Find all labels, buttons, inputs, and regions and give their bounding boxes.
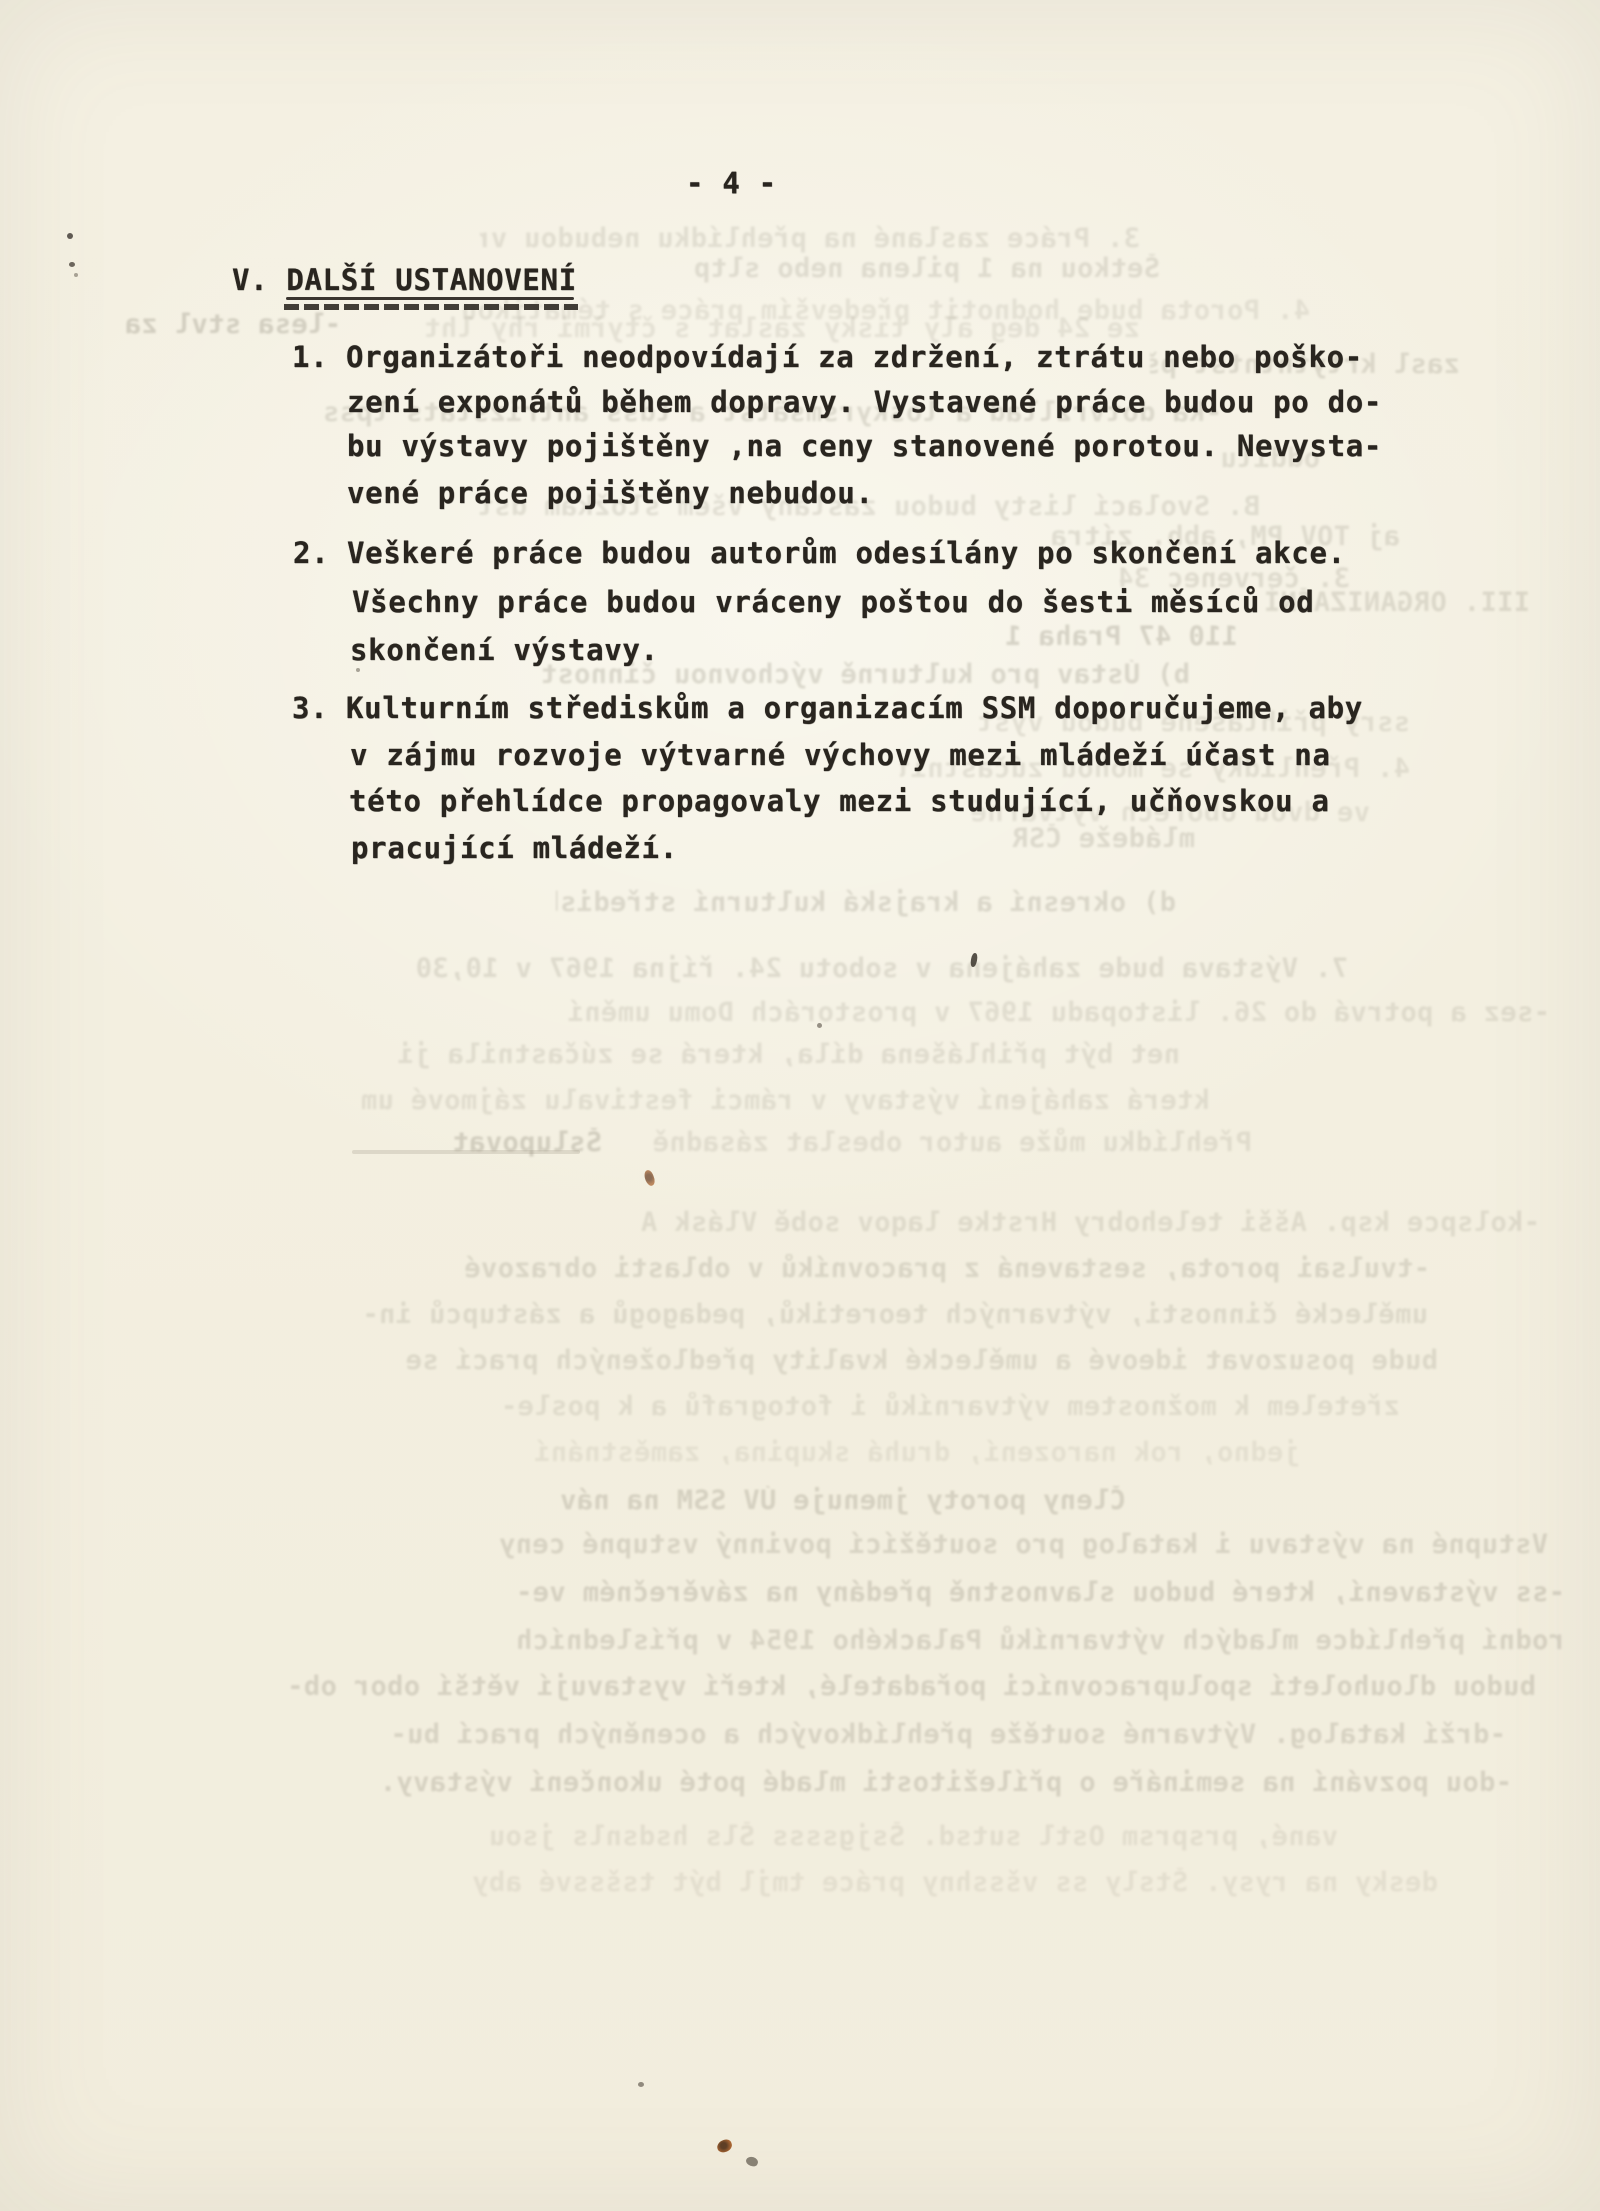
list-number: 2. <box>293 536 347 570</box>
ink-speck <box>69 262 75 267</box>
list-number: 1. <box>292 340 346 374</box>
ghost-text-line: Šslupovat <box>352 1128 602 1162</box>
paragraph-2-line: 2.Veškeré práce budou autorům odesílány … <box>293 536 1346 570</box>
paragraph-1-line: 1.Organizátoři neodpovídají za zdržení, … <box>292 340 1363 374</box>
ghost-text-line: -lesa stvl za <box>126 310 341 344</box>
page-number: - 4 - <box>686 166 777 200</box>
section-heading: V.DALŠÍ USTANOVENÍ <box>232 263 577 297</box>
paragraph-3-line: pracující mládeží. <box>351 831 678 865</box>
paragraph-2-line: skončení výstavy. <box>350 633 659 667</box>
body-text: Veškeré práce budou autorům odesílány po… <box>347 536 1346 570</box>
ghost-text-line: umělecké činnosti, výtvarných teoretiků,… <box>108 1300 1428 1334</box>
ghost-text-line: -ss výstavení, které budou slavnostně př… <box>235 1578 1565 1612</box>
ghost-text-line: Šetkou na 1 pilena nebo sltp <box>600 254 1160 288</box>
ghost-text-line: d) okresní a krajská kulturní střediska <box>556 888 1176 922</box>
paragraph-3-line: 3.Kulturním střediskům a organizacím SSM… <box>292 691 1363 725</box>
ghost-text-line: 7. Výstava bude zahájena v sobotu 24. ří… <box>368 954 1348 988</box>
ghost-text-line: -tvulsai porota, sestavená z pracovníků … <box>130 1254 1430 1288</box>
ghost-text-line: která zahájení výstavy v rámci festivalu… <box>350 1086 1210 1120</box>
ghost-text-line: bude posuzovat ideové a umělecké kvality… <box>108 1346 1438 1380</box>
paragraph-1-line: bu výstavy pojištěny ,na ceny stanovené … <box>347 429 1382 463</box>
paragraph-2-line: Všechny práce budou vráceny poštou do še… <box>352 585 1314 619</box>
paragraph-3-line: v zájmu rozvoje výtvarné výchovy mezi ml… <box>350 738 1331 772</box>
ghost-text-line: Přehlídku může autor obeslat zásadně <box>612 1128 1252 1162</box>
ghost-text-line: -sez a potrvá do 26. listopadu 1967 v pr… <box>320 998 1550 1032</box>
heading-underline <box>286 297 574 300</box>
paragraph-3-line: této přehlídce propagovaly mezi studujíc… <box>349 784 1330 818</box>
ghost-text-line: -kolspce ksp. Ašši telehobry Hrstke laqo… <box>300 1208 1540 1242</box>
paragraph-1-line: vené práce pojištěny nebudou. <box>347 476 874 510</box>
ink-speck <box>817 1023 822 1028</box>
ghost-text-line: -drží katalog. Výtvarné soutěže přehlídk… <box>106 1720 1506 1754</box>
section-numeral: V. <box>232 263 268 297</box>
ink-speck <box>352 1150 580 1154</box>
body-text: Kulturním střediskům a organizacím SSM d… <box>346 691 1363 725</box>
ghost-text-line: desky na rysy. Štsly ss všsshny práce tm… <box>378 1868 1438 1902</box>
ghost-text-line: mládeže ČSR <box>845 824 1195 858</box>
ghost-text-line: 3. Práce zaslané na přehlídku nebudou vr… <box>480 224 1140 258</box>
ghost-text-line: net být přihlášena díla, která se zúčast… <box>350 1040 1180 1074</box>
ink-speck <box>745 2155 759 2167</box>
ghost-text-line: zřetelem k možnostem výtvarníků i fotogr… <box>250 1392 1400 1426</box>
ghost-text-line: vané, prsprsm Ostl sutsd. Šsjgssss Šls h… <box>378 1822 1338 1856</box>
ink-speck <box>356 668 360 672</box>
list-number: 3. <box>292 691 346 725</box>
ghost-text-line: Členy poroty jmenuje ÚV SSM na návrh ČsV… <box>556 1486 1126 1520</box>
document-page: 3. Práce zaslané na přehlídku nebudou vr… <box>0 0 1600 2211</box>
body-text: Organizátoři neodpovídají za zdržení, zt… <box>346 340 1363 374</box>
ink-speck <box>716 2138 734 2154</box>
ink-speck <box>74 273 78 277</box>
ghost-text-line: Vstupné na výstavu i katalog pro soutěží… <box>268 1530 1548 1564</box>
ghost-text-line: jedno, rok narození, druhá skupina, zamě… <box>420 1438 1300 1472</box>
section-title: DALŠÍ USTANOVENÍ <box>286 263 577 297</box>
ink-speck <box>642 1169 657 1187</box>
ghost-text-line: budou dlouholetí spolupracovníci pořadat… <box>96 1672 1536 1706</box>
heading-underline-dashes <box>284 304 578 310</box>
ink-speck <box>638 2082 644 2087</box>
ghost-text-line: rodní přehlídce mladých výtvarníků Palac… <box>235 1626 1565 1660</box>
ghost-text-line: -dou pozvání na semináře o příležitosti … <box>102 1768 1512 1802</box>
paragraph-1-line: zení exponátů během dopravy. Vystavené p… <box>347 385 1382 419</box>
ink-speck <box>970 953 978 968</box>
ghost-text-line: 4. Porota bude hodnotit především práce … <box>430 296 1310 330</box>
ink-speck <box>67 233 73 239</box>
ghost-text-line: 110 47 Praha 1 <box>988 622 1238 656</box>
